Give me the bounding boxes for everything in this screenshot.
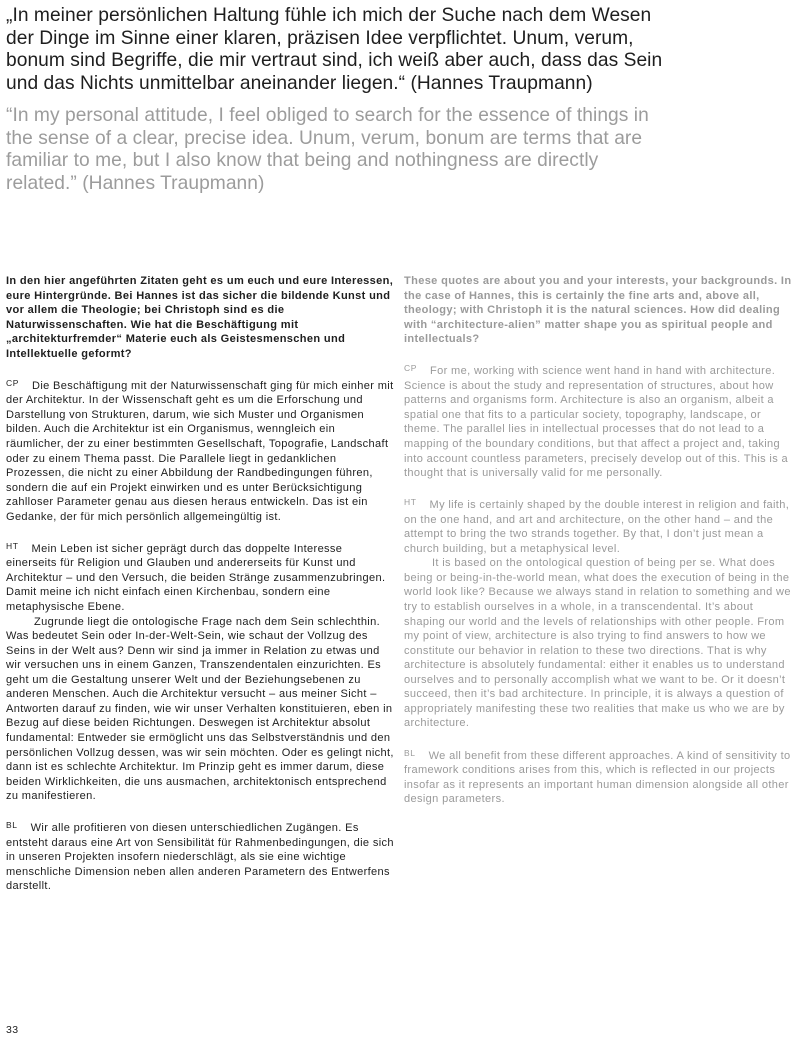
answer-ht: HTMy life is certainly shaped by the dou… [404,495,792,731]
speaker-initials: BL [6,820,18,830]
answer-bl: BLWir alle profitieren von diesen unters… [6,818,394,894]
answer-bl: BLWe all benefit from these different ap… [404,746,792,807]
answer-text: For me, working with science went hand i… [404,365,788,479]
speaker-initials: BL [404,748,416,758]
speaker-initials: CP [404,363,417,373]
interview-column-english: These quotes are about you and your inte… [404,274,792,821]
answer-cp: CPDie Beschäftigung mit der Naturwissens… [6,376,394,524]
speaker-initials: CP [6,378,19,388]
answer-ht: HTMein Leben ist sicher geprägt durch da… [6,539,394,804]
interview-question: These quotes are about you and your inte… [404,274,792,347]
interview-column-german: In den hier angeführten Zitaten geht es … [6,274,394,909]
answer-text: We all benefit from these different appr… [404,750,791,806]
speaker-initials: HT [404,497,417,507]
answer-text: Mein Leben ist sicher geprägt durch das … [6,543,385,613]
answer-text: My life is certainly shaped by the doubl… [404,499,789,555]
answer-cp: CPFor me, working with science went hand… [404,361,792,480]
speaker-initials: HT [6,541,19,551]
interview-question: In den hier angeführten Zitaten geht es … [6,274,394,361]
answer-text: Die Beschäftigung mit der Naturwissensch… [6,380,394,523]
page-number: 33 [6,1024,18,1036]
pull-quote-german: „In meiner persönlichen Haltung fühle ic… [6,5,666,95]
answer-text: Zugrunde liegt die ontologische Frage na… [6,615,394,804]
pull-quote-english: “In my personal attitude, I feel obliged… [6,105,666,195]
answer-text: Wir alle profitieren von diesen untersch… [6,822,394,892]
answer-text: It is based on the ontological question … [404,556,792,731]
